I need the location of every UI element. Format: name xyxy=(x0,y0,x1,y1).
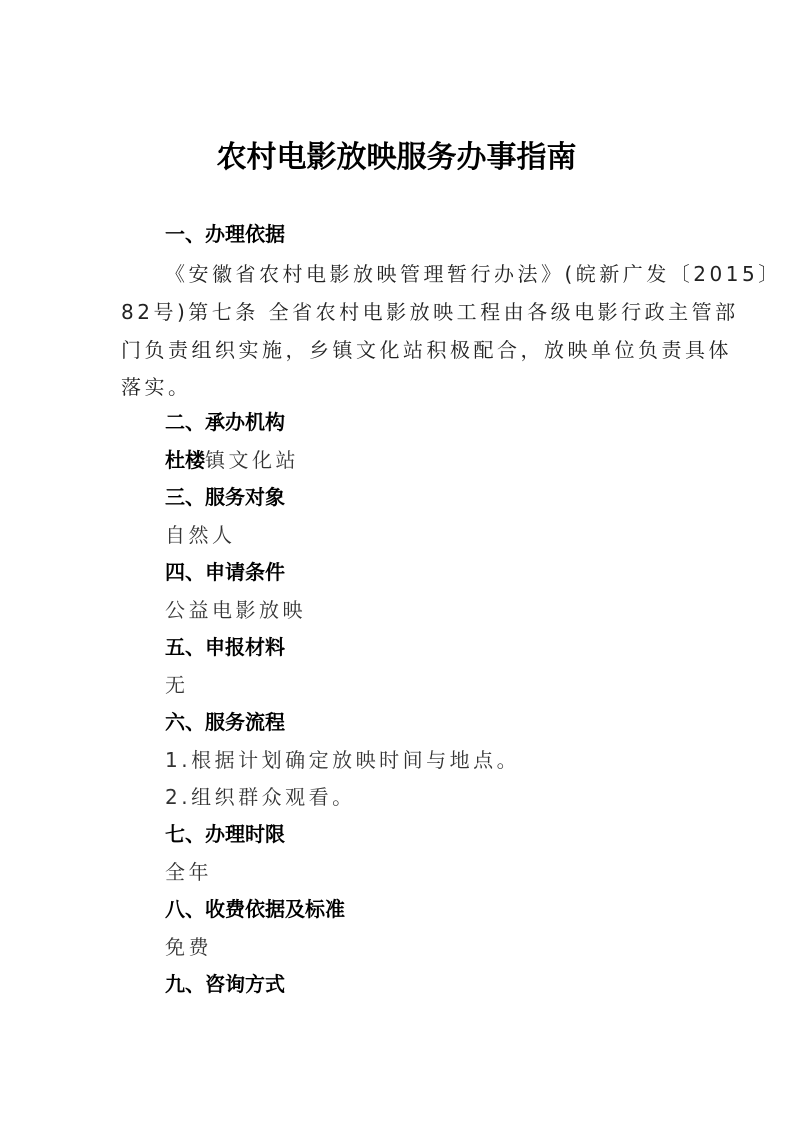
basis-line-1: 《安徽省农村电影放映管理暂行办法》(皖新广发〔2015〕 xyxy=(165,258,782,287)
basis-line-2: 82号)第七条 全省农村电影放映工程由各级电影行政主管部 xyxy=(121,296,739,325)
section-heading-time-limit: 七、办理时限 xyxy=(165,818,285,847)
process-step-1: 1.根据计划确定放映时间与地点。 xyxy=(165,744,520,773)
basis-line-4: 落实。 xyxy=(121,371,192,400)
organization-name-bold: 杜楼 xyxy=(165,448,205,472)
section-heading-conditions: 四、申请条件 xyxy=(165,556,285,585)
fees-content: 免费 xyxy=(165,931,212,960)
organization-name-rest: 镇文化站 xyxy=(205,448,299,472)
section-heading-materials: 五、申报材料 xyxy=(165,631,285,660)
section-heading-fees: 八、收费依据及标准 xyxy=(165,893,345,922)
section-heading-organization: 二、承办机构 xyxy=(165,406,285,435)
basis-line-3: 门负责组织实施，乡镇文化站积极配合，放映单位负责具体 xyxy=(121,334,732,363)
time-limit-content: 全年 xyxy=(165,856,212,885)
section-heading-basis: 一、办理依据 xyxy=(165,218,285,247)
organization-name: 杜楼镇文化站 xyxy=(165,444,299,473)
section-heading-contact: 九、咨询方式 xyxy=(165,968,285,997)
section-heading-process: 六、服务流程 xyxy=(165,706,285,735)
document-title: 农村电影放映服务办事指南 xyxy=(0,132,793,176)
target-content: 自然人 xyxy=(165,519,236,548)
process-step-2: 2.组织群众观看。 xyxy=(165,781,356,810)
materials-content: 无 xyxy=(165,669,189,698)
section-heading-target: 三、服务对象 xyxy=(165,481,285,510)
conditions-content: 公益电影放映 xyxy=(165,594,306,623)
